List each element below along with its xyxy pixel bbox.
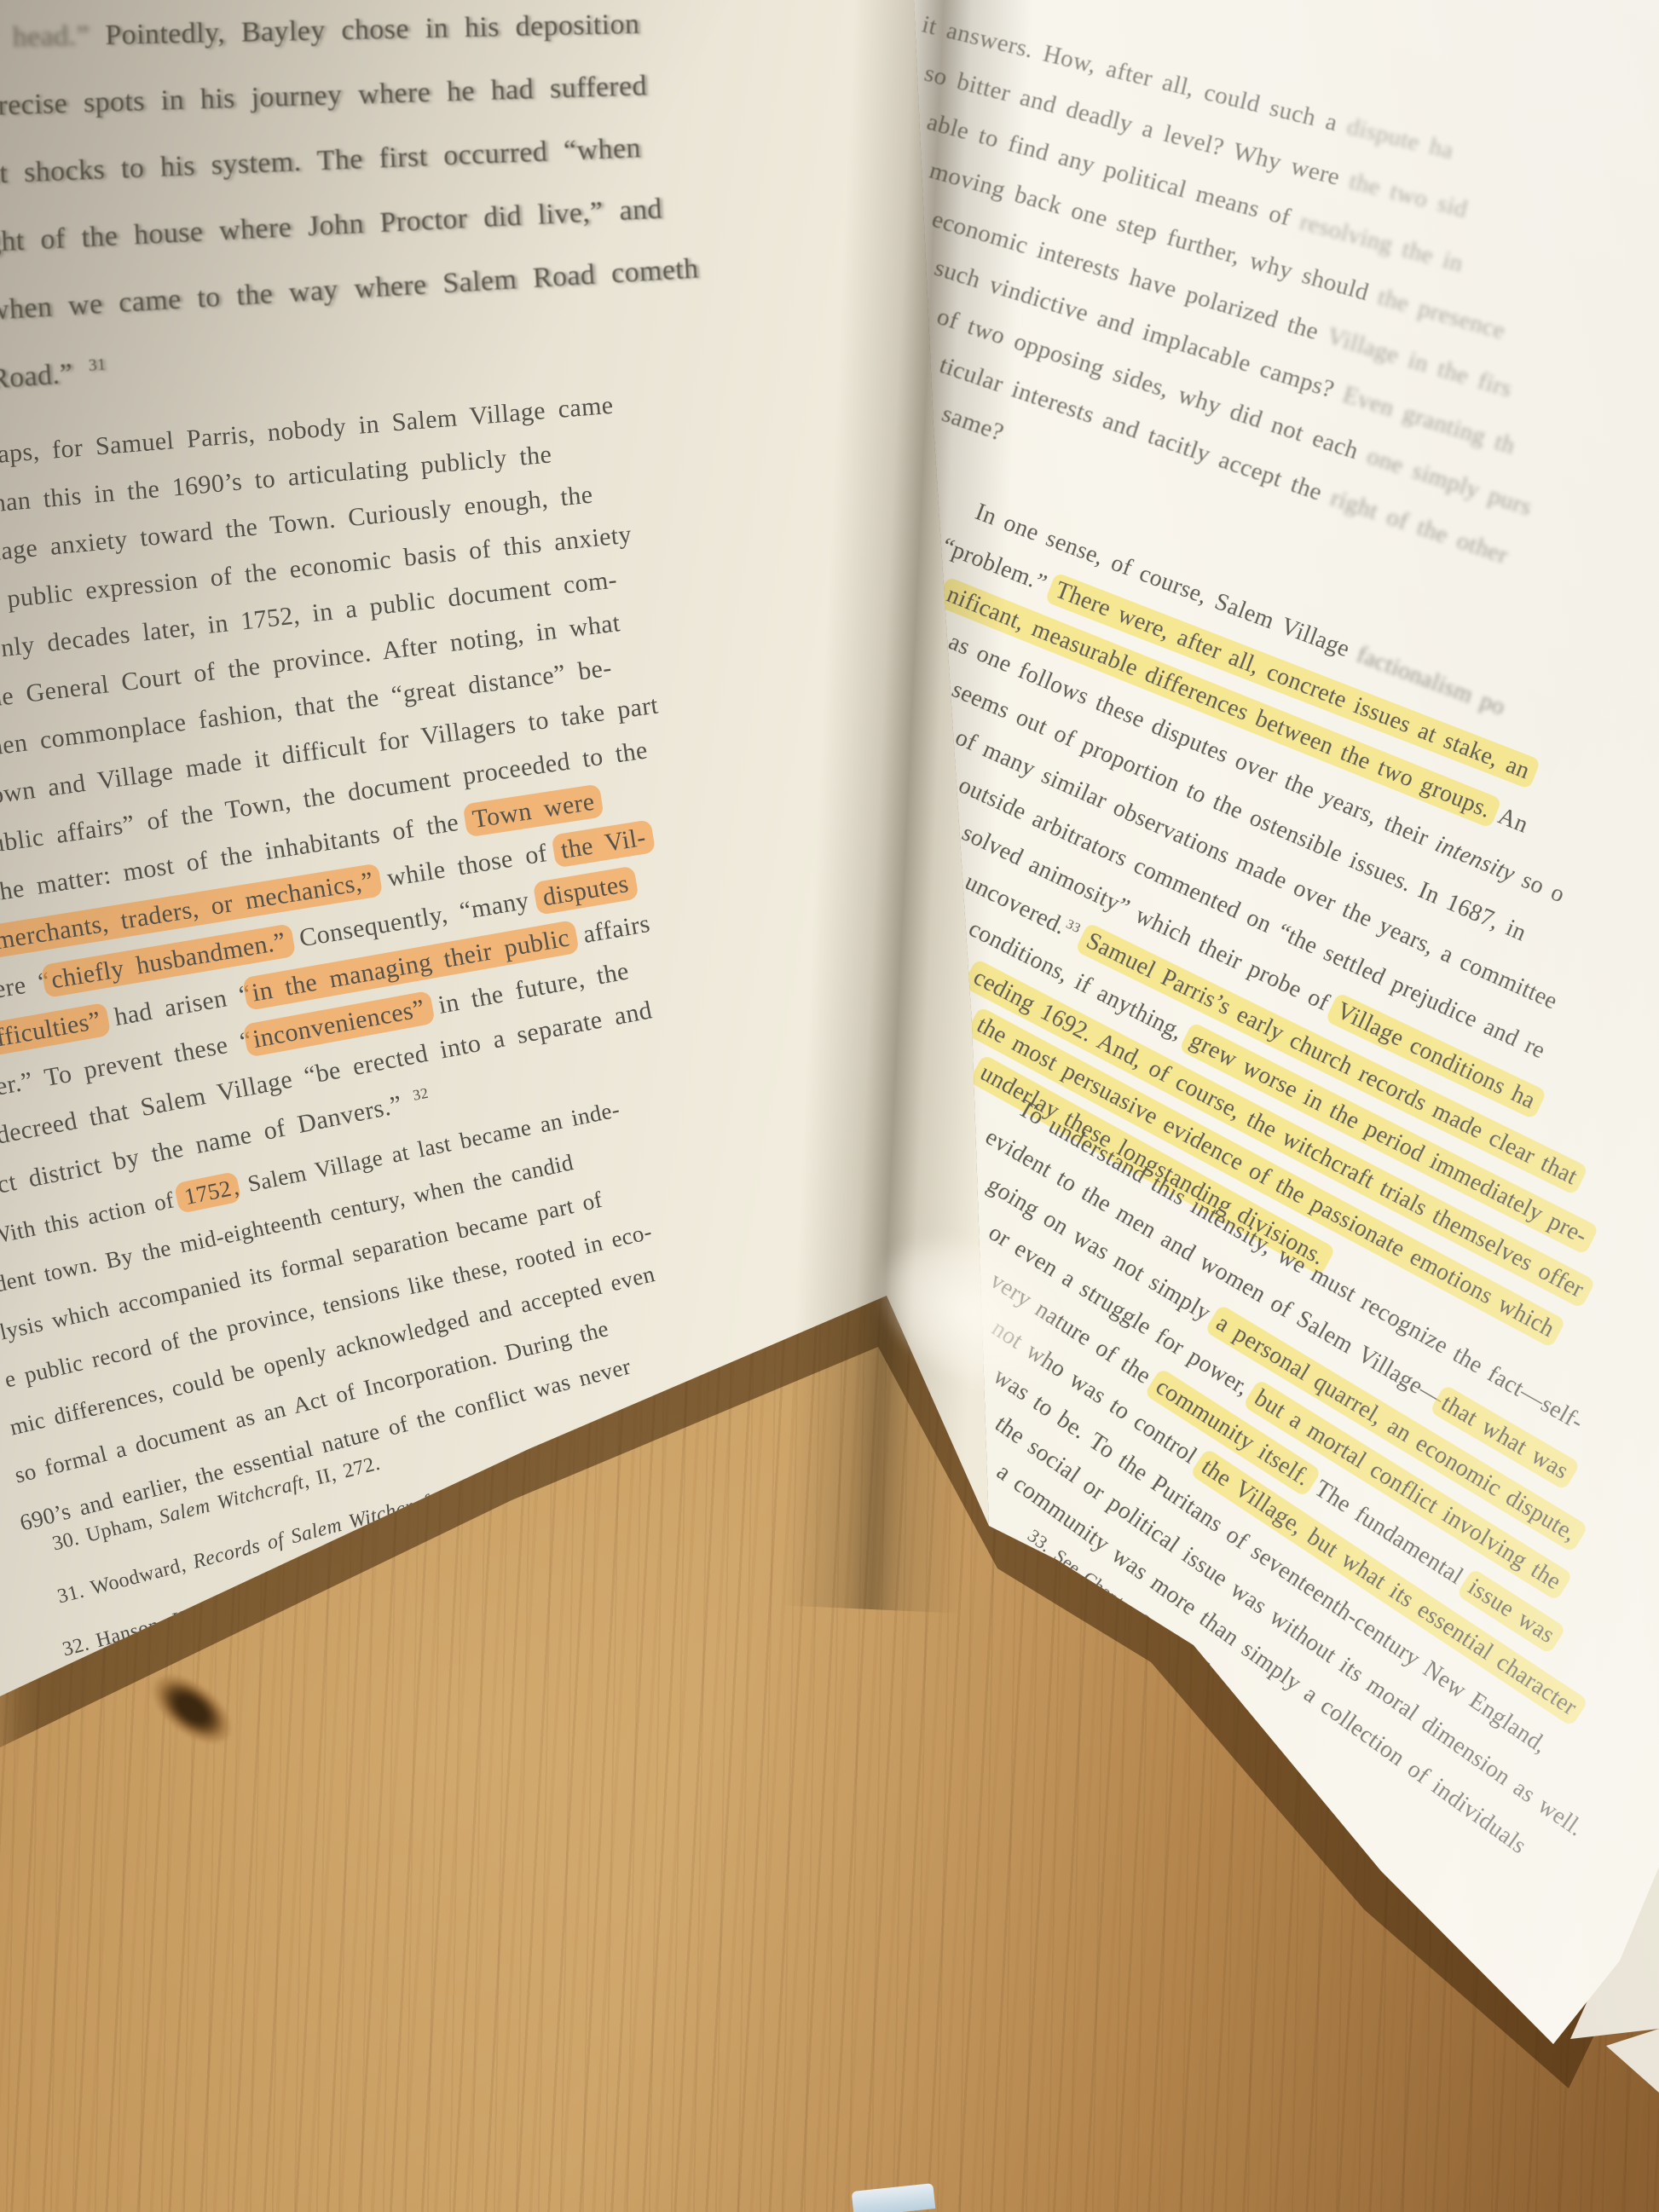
text-line: Road.” 31 [0,357,107,395]
text-segment: the two sid [1346,167,1470,223]
text-segment: An [1487,800,1532,839]
text-segment: intensity [1431,831,1519,887]
text-line: nt shocks to his system. The first occur… [0,134,641,189]
text-segment: same? [939,400,1008,447]
text-line: y head.” Pointedly, Bayley chose in his … [0,10,640,53]
text-line: precise spots in his journey where he ha… [0,72,647,121]
text-segment: nt shocks to his system. The first occur… [0,132,641,190]
highlighter-mark: disputes [533,866,639,915]
blue-sliver [852,2183,936,2212]
text-line: when we came to the way where Salem Road… [0,255,699,326]
text-segment: Pointedly, Bayley chose in his depositio… [105,9,640,51]
text-line: ght of the house where John Proctor did … [0,195,662,257]
text-segment: affairs [569,910,652,951]
text-segment: 31. Woodward, [55,1552,196,1608]
text-segment: so o [1509,863,1569,909]
text-segment: ght of the house where John Proctor did … [0,193,663,258]
highlighter-mark: fficulties” [0,1002,111,1056]
text-segment: precise spots in his journey where he ha… [0,70,647,122]
text-segment: y head.” [0,20,106,54]
text-segment: 32 [411,1084,430,1104]
text-line: same? [939,401,1007,446]
text-segment: dispute ha [1344,113,1456,165]
text-segment: 31 [88,355,107,375]
text-segment: had arisen “ [100,979,253,1033]
book-photo-scene: y head.” Pointedly, Bayley chose in his … [0,0,1659,2212]
highlighter-mark: the Vil- [551,819,656,868]
text-segment: the presence [1375,283,1509,345]
text-segment: when we came to the way where Salem Road… [0,253,699,326]
text-segment: Road.” [0,356,90,395]
